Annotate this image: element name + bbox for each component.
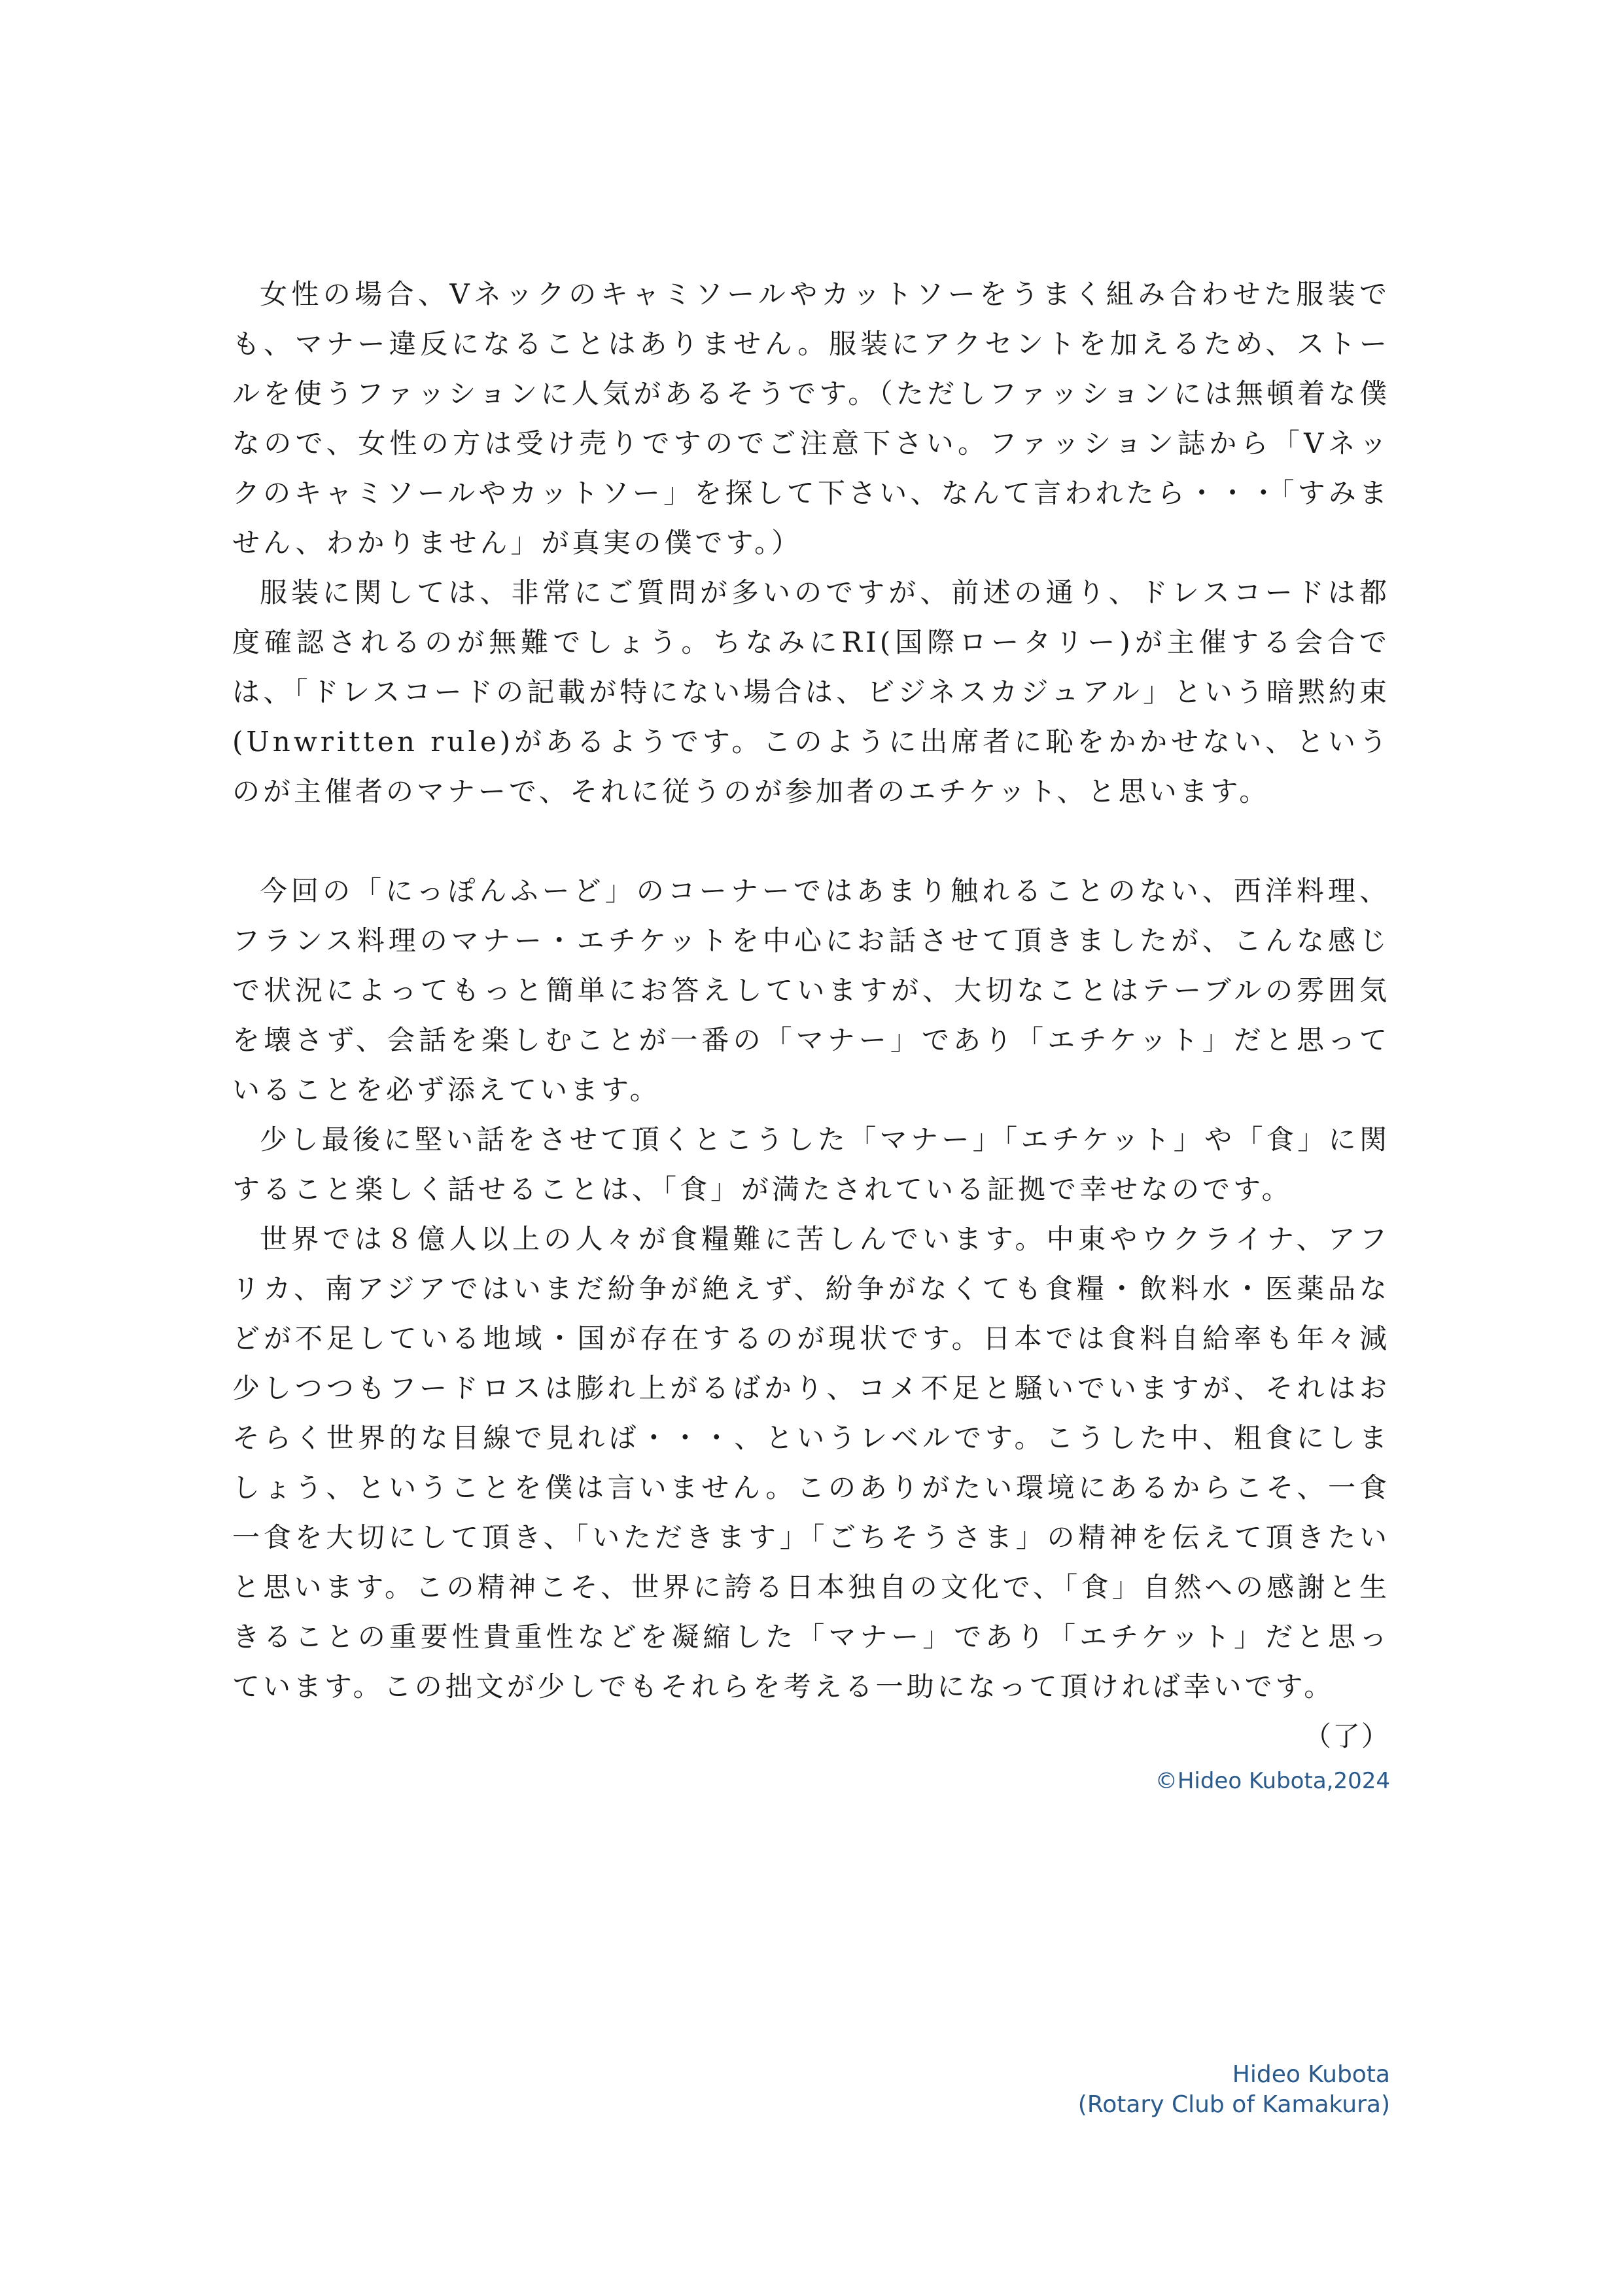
author-affiliation: (Rotary Club of Kamakura) (1078, 2090, 1390, 2120)
paragraph-world-hunger: 世界では８億人以上の人々が食糧難に苦しんでいます。中東やウクライナ、アフリカ、南… (232, 1214, 1390, 1712)
document-body: 女性の場合、Vネックのキャミソールやカットソーをうまく組み合わせた服装でも、マナ… (232, 270, 1390, 1801)
author-name: Hideo Kubota (1078, 2060, 1390, 2090)
paragraph-fashion-women: 女性の場合、Vネックのキャミソールやカットソーをうまく組み合わせた服装でも、マナ… (232, 270, 1390, 568)
author-signature: Hideo Kubota (Rotary Club of Kamakura) (1078, 2060, 1390, 2120)
paragraph-spacer (232, 817, 1390, 866)
copyright-notice: ©Hideo Kubota,2024 (232, 1761, 1390, 1801)
paragraph-nippon-food: 今回の「にっぽんふーど」のコーナーではあまり触れることのない、西洋料理、フランス… (232, 866, 1390, 1115)
paragraph-dress-code: 服装に関しては、非常にご質問が多いのですが、前述の通り、ドレスコードは都度確認さ… (232, 568, 1390, 817)
paragraph-closing-remarks: 少し最後に堅い話をさせて頂くとこうした「マナー」「エチケット」や「食」に関するこ… (232, 1115, 1390, 1214)
end-mark: （了） (232, 1712, 1390, 1761)
